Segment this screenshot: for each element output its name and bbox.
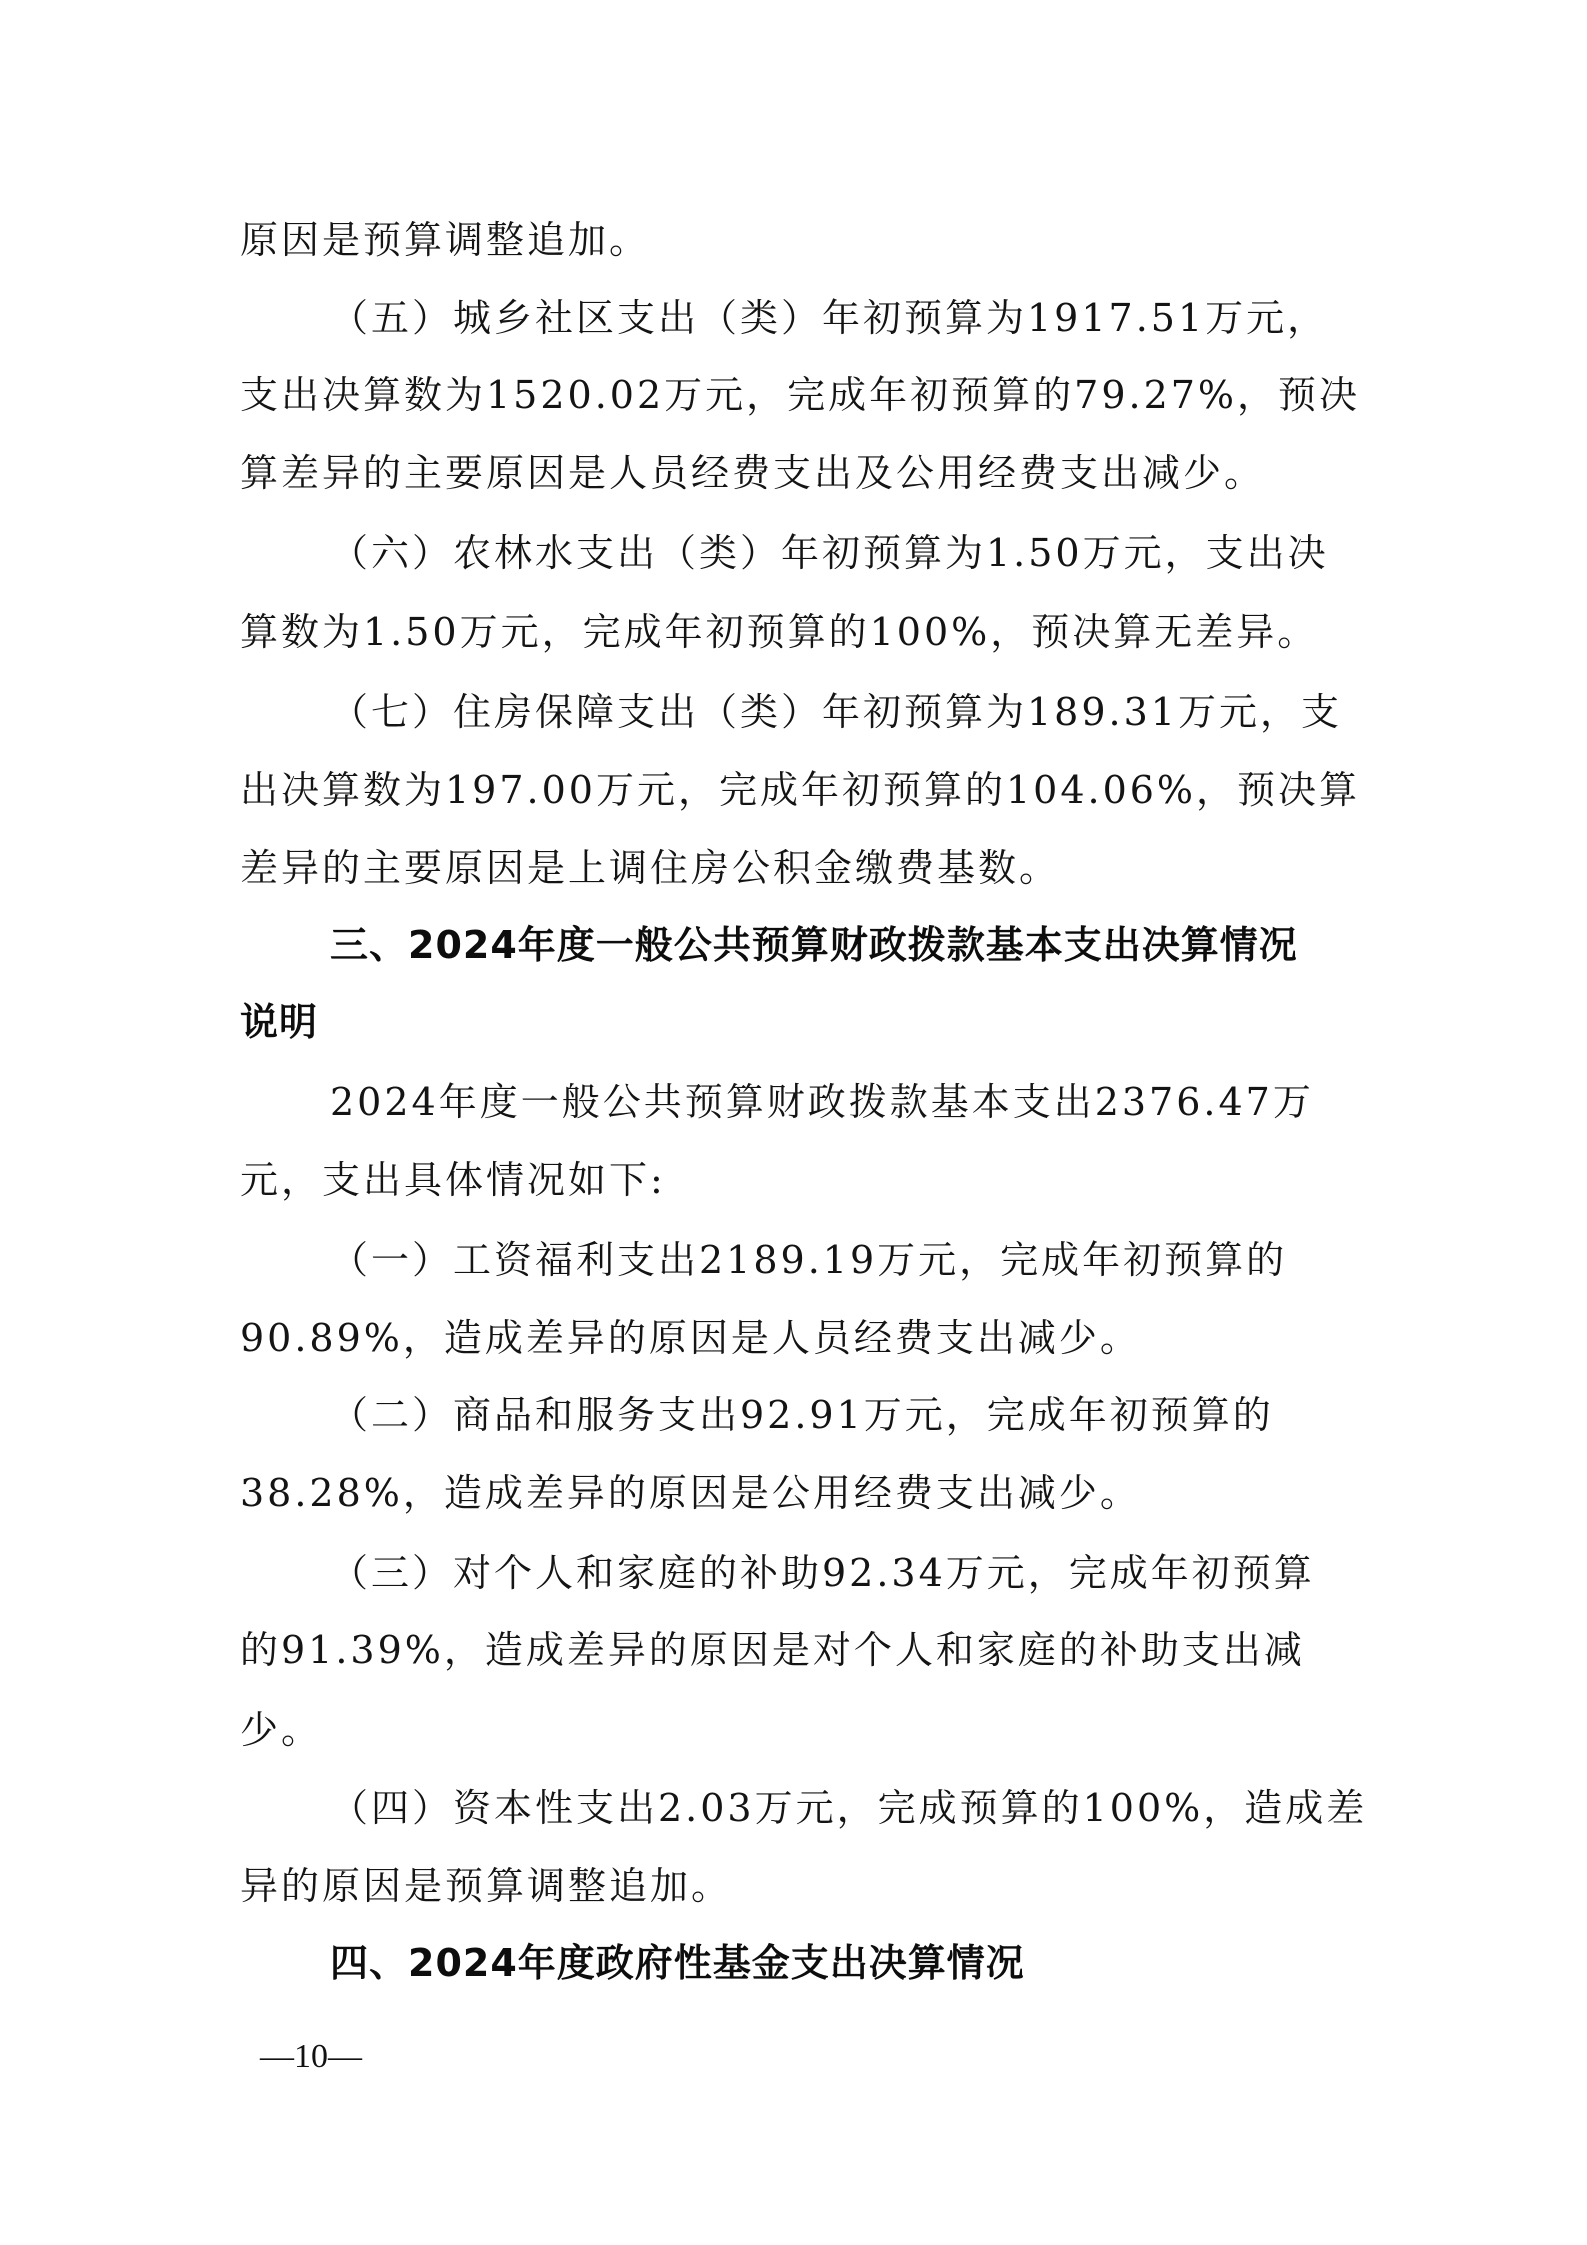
section-heading-4: 四、2024年度政府性基金支出决算情况 (330, 1939, 1450, 1987)
paragraph-capital-expenditure: （四）资本性支出2.03万元，完成预算的100%，造成差 (330, 1784, 1450, 1832)
body-line-1: 原因是预算调整追加。 (240, 216, 1360, 264)
paragraph-basic-expenditure-total: 2024年度一般公共预算财政拨款基本支出2376.47万 (330, 1078, 1450, 1126)
body-line-20: 少。 (240, 1706, 1360, 1754)
paragraph-housing-security: （七）住房保障支出（类）年初预算为189.31万元，支 (330, 688, 1450, 736)
body-line-6: 算数为1.50万元，完成年初预算的100%，预决算无差异。 (240, 608, 1360, 656)
body-line-22: 异的原因是预算调整追加。 (240, 1862, 1360, 1910)
document-page: 原因是预算调整追加。 （五）城乡社区支出（类）年初预算为1917.51万元， 支… (0, 0, 1587, 2245)
paragraph-wages-welfare: （一）工资福利支出2189.19万元，完成年初预算的 (330, 1236, 1450, 1284)
section-heading-3-cont: 说明 (240, 998, 1360, 1046)
body-line-15: 90.89%，造成差异的原因是人员经费支出减少。 (240, 1314, 1360, 1362)
paragraph-goods-services: （二）商品和服务支出92.91万元，完成年初预算的 (330, 1391, 1450, 1439)
paragraph-agriculture-forestry-water: （六）农林水支出（类）年初预算为1.50万元，支出决 (330, 529, 1450, 577)
body-line-3: 支出决算数为1520.02万元，完成年初预算的79.27%，预决 (240, 371, 1360, 419)
page-number: —10— (260, 2038, 362, 2076)
body-line-8: 出决算数为197.00万元，完成年初预算的104.06%，预决算 (240, 766, 1360, 814)
paragraph-household-subsidies: （三）对个人和家庭的补助92.34万元，完成年初预算 (330, 1549, 1450, 1597)
paragraph-urban-rural-community: （五）城乡社区支出（类）年初预算为1917.51万元， (330, 294, 1450, 342)
body-line-4: 算差异的主要原因是人员经费支出及公用经费支出减少。 (240, 449, 1360, 497)
body-line-19: 的91.39%，造成差异的原因是对个人和家庭的补助支出减 (240, 1626, 1360, 1674)
section-heading-3: 三、2024年度一般公共预算财政拨款基本支出决算情况 (330, 921, 1450, 969)
body-line-9: 差异的主要原因是上调住房公积金缴费基数。 (240, 844, 1360, 892)
body-line-17: 38.28%，造成差异的原因是公用经费支出减少。 (240, 1469, 1360, 1517)
body-line-13: 元，支出具体情况如下: (240, 1156, 1360, 1204)
